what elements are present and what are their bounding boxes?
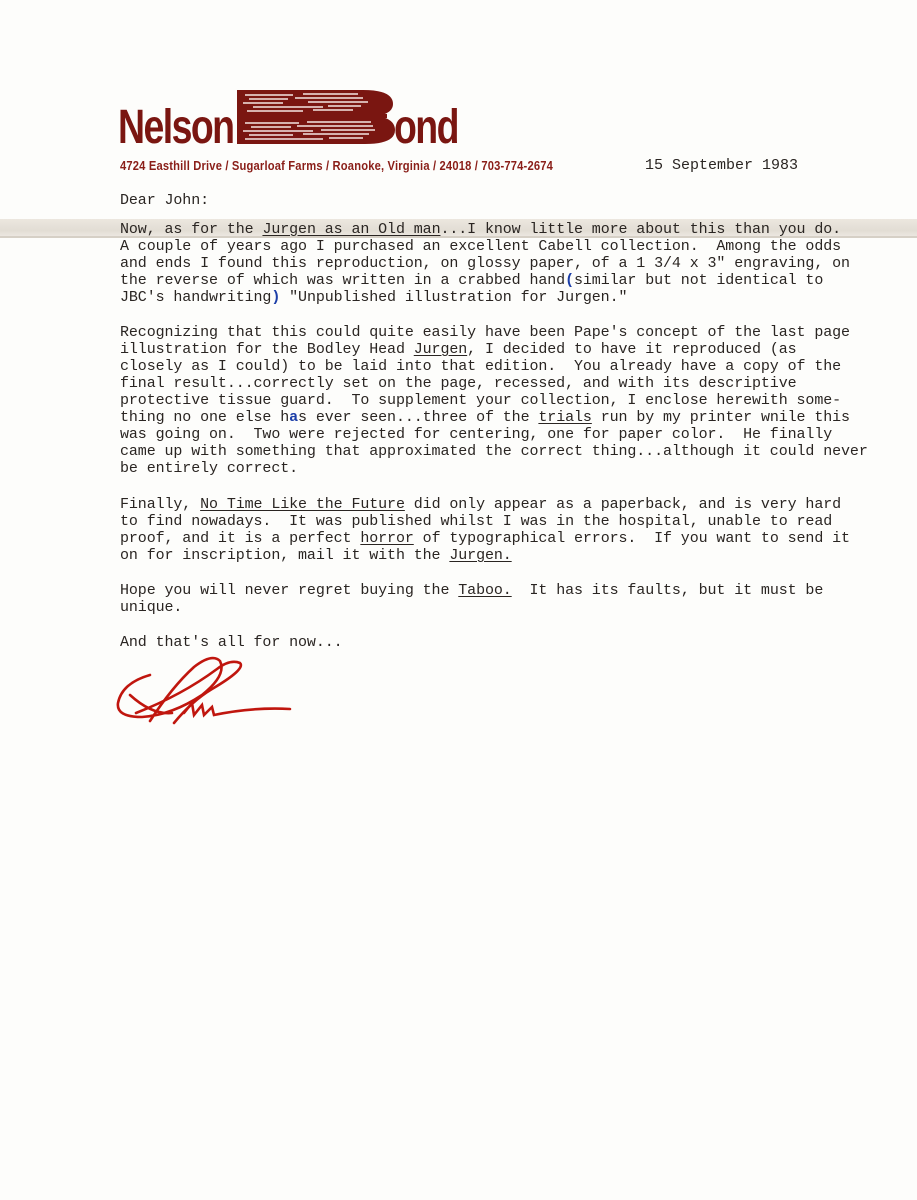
underlined-title: Jurgen. xyxy=(449,547,511,564)
underlined-title: Jurgen as an Old man xyxy=(262,221,440,238)
book-monogram-b-icon xyxy=(233,86,398,146)
letterhead-address: 4724 Easthill Drive / Sugarloaf Farms / … xyxy=(120,158,553,173)
logo-name-first: Nelson xyxy=(118,104,233,152)
underlined-word: trials xyxy=(538,409,591,426)
signature-icon xyxy=(112,655,302,730)
letter-date: 15 September 1983 xyxy=(645,157,798,174)
closing-line: And that's all for now... xyxy=(120,634,343,651)
paragraph-4: Hope you will never regret buying the Ta… xyxy=(120,582,823,616)
underlined-title: Jurgen xyxy=(414,341,467,358)
salutation: Dear John: xyxy=(120,192,209,209)
ink-correction-mark: ( xyxy=(565,272,574,289)
paragraph-2: Recognizing that this could quite easily… xyxy=(120,324,868,477)
ink-correction-mark: ) xyxy=(271,289,280,306)
underlined-word: horror xyxy=(360,530,413,547)
paragraph-1: Now, as for the Jurgen as an Old man...I… xyxy=(120,221,850,306)
underlined-title: Taboo. xyxy=(458,582,511,599)
ink-correction-mark: a xyxy=(289,409,298,426)
paragraph-3: Finally, No Time Like the Future did onl… xyxy=(120,496,850,564)
logo-name-last: ond xyxy=(394,104,458,152)
underlined-title: No Time Like the Future xyxy=(200,496,405,513)
